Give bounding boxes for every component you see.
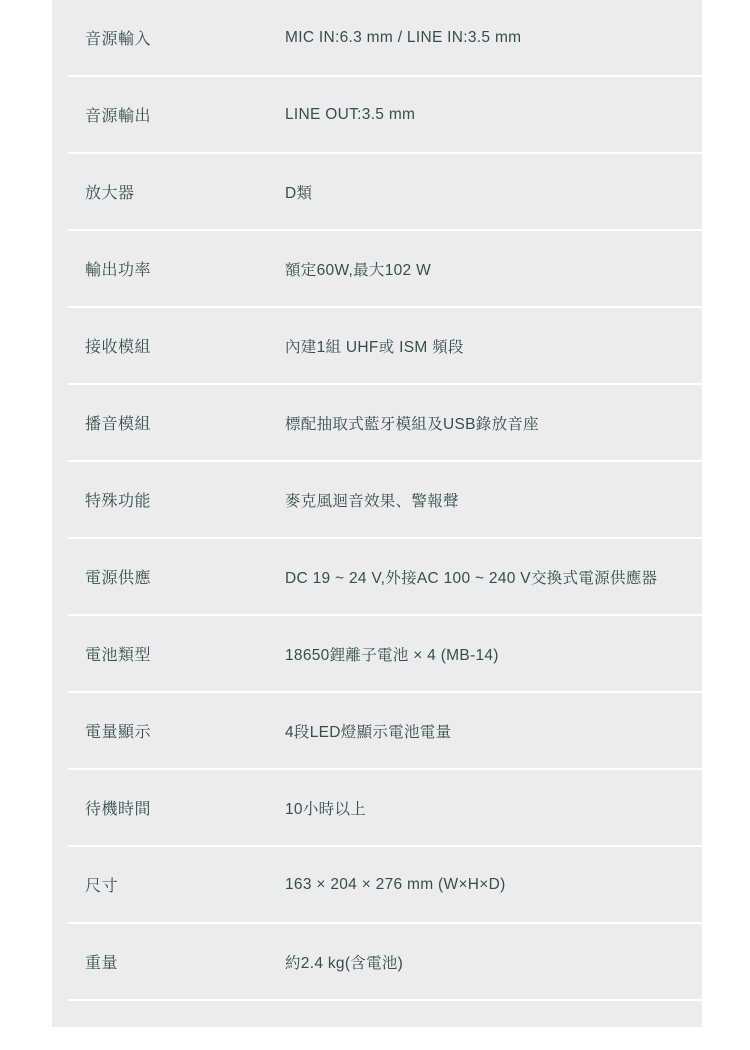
spec-row: 電池類型 18650鋰離子電池 × 4 (MB-14) xyxy=(52,616,702,693)
spec-row-label: 尺寸 xyxy=(85,873,285,896)
spec-row: 輸出功率 額定60W,最大102 W xyxy=(52,231,702,308)
spec-row: 接收模組 內建1組 UHF或 ISM 頻段 xyxy=(52,308,702,385)
spec-row-label: 特殊功能 xyxy=(85,488,285,511)
spec-row-label: 電量顯示 xyxy=(85,719,285,742)
spec-row-value: 麥克風迴音效果、警報聲 xyxy=(285,489,702,511)
spec-row-value: D類 xyxy=(285,181,702,203)
spec-row-label: 輸出功率 xyxy=(85,257,285,280)
spec-row: 尺寸 163 × 204 × 276 mm (W×H×D) xyxy=(52,847,702,924)
spec-row-label: 接收模組 xyxy=(85,334,285,357)
spec-row-label: 音源輸出 xyxy=(85,103,285,126)
spec-row-value: 內建1組 UHF或 ISM 頻段 xyxy=(285,335,702,357)
spec-row: 音源輸入 MIC IN:6.3 mm / LINE IN:3.5 mm xyxy=(52,0,702,77)
spec-row: 待機時間 10小時以上 xyxy=(52,770,702,847)
spec-row: 特殊功能 麥克風迴音效果、警報聲 xyxy=(52,462,702,539)
spec-row-label: 重量 xyxy=(85,950,285,973)
spec-row-value: DC 19 ~ 24 V,外接AC 100 ~ 240 V交換式電源供應器 xyxy=(285,566,702,588)
spec-row-label: 音源輸入 xyxy=(85,26,285,49)
spec-row-value: 標配抽取式藍牙模組及USB錄放音座 xyxy=(285,412,702,434)
row-divider xyxy=(68,999,702,1001)
spec-row-label: 電源供應 xyxy=(85,565,285,588)
spec-row: 播音模組 標配抽取式藍牙模組及USB錄放音座 xyxy=(52,385,702,462)
spec-row: 音源輸出 LINE OUT:3.5 mm xyxy=(52,77,702,154)
spec-row-value: 163 × 204 × 276 mm (W×H×D) xyxy=(285,876,702,894)
spec-row: 重量 約2.4 kg(含電池) xyxy=(52,924,702,1001)
spec-row-value: LINE OUT:3.5 mm xyxy=(285,106,702,124)
spec-row-label: 放大器 xyxy=(85,180,285,203)
spec-row-value: 18650鋰離子電池 × 4 (MB-14) xyxy=(285,643,702,665)
spec-row-label: 播音模組 xyxy=(85,411,285,434)
page: 音源輸入 MIC IN:6.3 mm / LINE IN:3.5 mm 音源輸出… xyxy=(0,0,750,1050)
spec-row: 電量顯示 4段LED燈顯示電池電量 xyxy=(52,693,702,770)
spec-row-value: 10小時以上 xyxy=(285,797,702,819)
spec-row: 放大器 D類 xyxy=(52,154,702,231)
spec-row-value: MIC IN:6.3 mm / LINE IN:3.5 mm xyxy=(285,29,702,47)
spec-row-label: 電池類型 xyxy=(85,642,285,665)
spec-row-value: 約2.4 kg(含電池) xyxy=(285,951,702,973)
spec-table: 音源輸入 MIC IN:6.3 mm / LINE IN:3.5 mm 音源輸出… xyxy=(52,0,702,1027)
spec-row-value: 額定60W,最大102 W xyxy=(285,258,702,280)
spec-row-label: 待機時間 xyxy=(85,796,285,819)
spec-row-value: 4段LED燈顯示電池電量 xyxy=(285,720,702,742)
spec-row: 電源供應 DC 19 ~ 24 V,外接AC 100 ~ 240 V交換式電源供… xyxy=(52,539,702,616)
